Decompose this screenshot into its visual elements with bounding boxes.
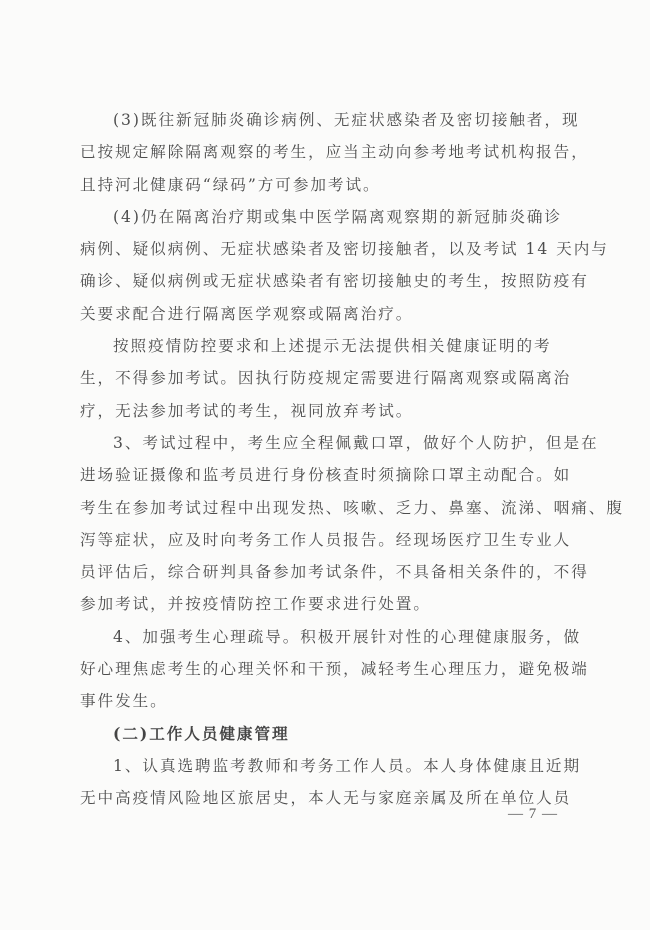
text-line: 1、认真选聘监考教师和考务工作人员。本人身体健康且近期 bbox=[80, 750, 550, 782]
document-page: (3)既往新冠肺炎确诊病例、无症状感染者及密切接触者，现 已按规定解除隔离观察的… bbox=[0, 0, 650, 930]
paragraph-item-3: 3、考试过程中，考生应全程佩戴口罩，做好个人防护，但是在 进场验证摄像和监考员进… bbox=[80, 427, 550, 621]
text-line: (3)既往新冠肺炎确诊病例、无症状感染者及密切接触者，现 bbox=[80, 104, 550, 136]
text-line: 按照疫情防控要求和上述提示无法提供相关健康证明的考 bbox=[80, 330, 550, 362]
text-line: (4)仍在隔离治疗期或集中医学隔离观察期的新冠肺炎确诊 bbox=[80, 201, 550, 233]
text-line: 无中高疫情风险地区旅居史，本人无与家庭亲属及所在单位人员 bbox=[80, 782, 550, 814]
paragraph-item-3-subpoint: (3)既往新冠肺炎确诊病例、无症状感染者及密切接触者，现 已按规定解除隔离观察的… bbox=[80, 104, 550, 201]
text-line: 已按规定解除隔离观察的考生，应当主动向参考地考试机构报告， bbox=[80, 136, 550, 168]
paragraph-staff-item-1: 1、认真选聘监考教师和考务工作人员。本人身体健康且近期 无中高疫情风险地区旅居史… bbox=[80, 750, 550, 815]
text-line: 疗，无法参加考试的考生，视同放弃考试。 bbox=[80, 395, 550, 427]
text-line: 事件发生。 bbox=[80, 685, 550, 717]
text-line: 且持河北健康码“绿码”方可参加考试。 bbox=[80, 169, 550, 201]
text-line: 确诊、疑似病例或无症状感染者有密切接触史的考生，按照防疫有 bbox=[80, 265, 550, 297]
text-line: 进场验证摄像和监考员进行身份核查时须摘除口罩主动配合。如 bbox=[80, 459, 550, 491]
paragraph-note: 按照疫情防控要求和上述提示无法提供相关健康证明的考 生，不得参加考试。因执行防疫… bbox=[80, 330, 550, 427]
text-line: 员评估后，综合研判具备参加考试条件，不具备相关条件的，不得 bbox=[80, 556, 550, 588]
text-line: 好心理焦虑考生的心理关怀和干预，减轻考生心理压力，避免极端 bbox=[80, 653, 550, 685]
paragraph-item-4-subpoint: (4)仍在隔离治疗期或集中医学隔离观察期的新冠肺炎确诊 病例、疑似病例、无症状感… bbox=[80, 201, 550, 330]
text-line: 参加考试，并按疫情防控工作要求进行处置。 bbox=[80, 588, 550, 620]
text-line: 关要求配合进行隔离医学观察或隔离治疗。 bbox=[80, 298, 550, 330]
text-line: 4、加强考生心理疏导。积极开展针对性的心理健康服务，做 bbox=[80, 621, 550, 653]
text-line: 泻等症状，应及时向考务工作人员报告。经现场医疗卫生专业人 bbox=[80, 524, 550, 556]
text-line: 考生在参加考试过程中出现发热、咳嗽、乏力、鼻塞、流涕、咽痛、腹 bbox=[80, 492, 550, 524]
section-heading: (二)工作人员健康管理 bbox=[80, 718, 550, 750]
paragraph-item-4: 4、加强考生心理疏导。积极开展针对性的心理健康服务，做 好心理焦虑考生的心理关怀… bbox=[80, 621, 550, 718]
text-line: 病例、疑似病例、无症状感染者及密切接触者，以及考试 14 天内与 bbox=[80, 233, 550, 265]
text-line: 生，不得参加考试。因执行防疫规定需要进行隔离观察或隔离治 bbox=[80, 362, 550, 394]
text-line: 3、考试过程中，考生应全程佩戴口罩，做好个人防护，但是在 bbox=[80, 427, 550, 459]
page-number: — 7 — bbox=[508, 806, 558, 823]
document-body: (3)既往新冠肺炎确诊病例、无症状感染者及密切接触者，现 已按规定解除隔离观察的… bbox=[80, 104, 550, 815]
